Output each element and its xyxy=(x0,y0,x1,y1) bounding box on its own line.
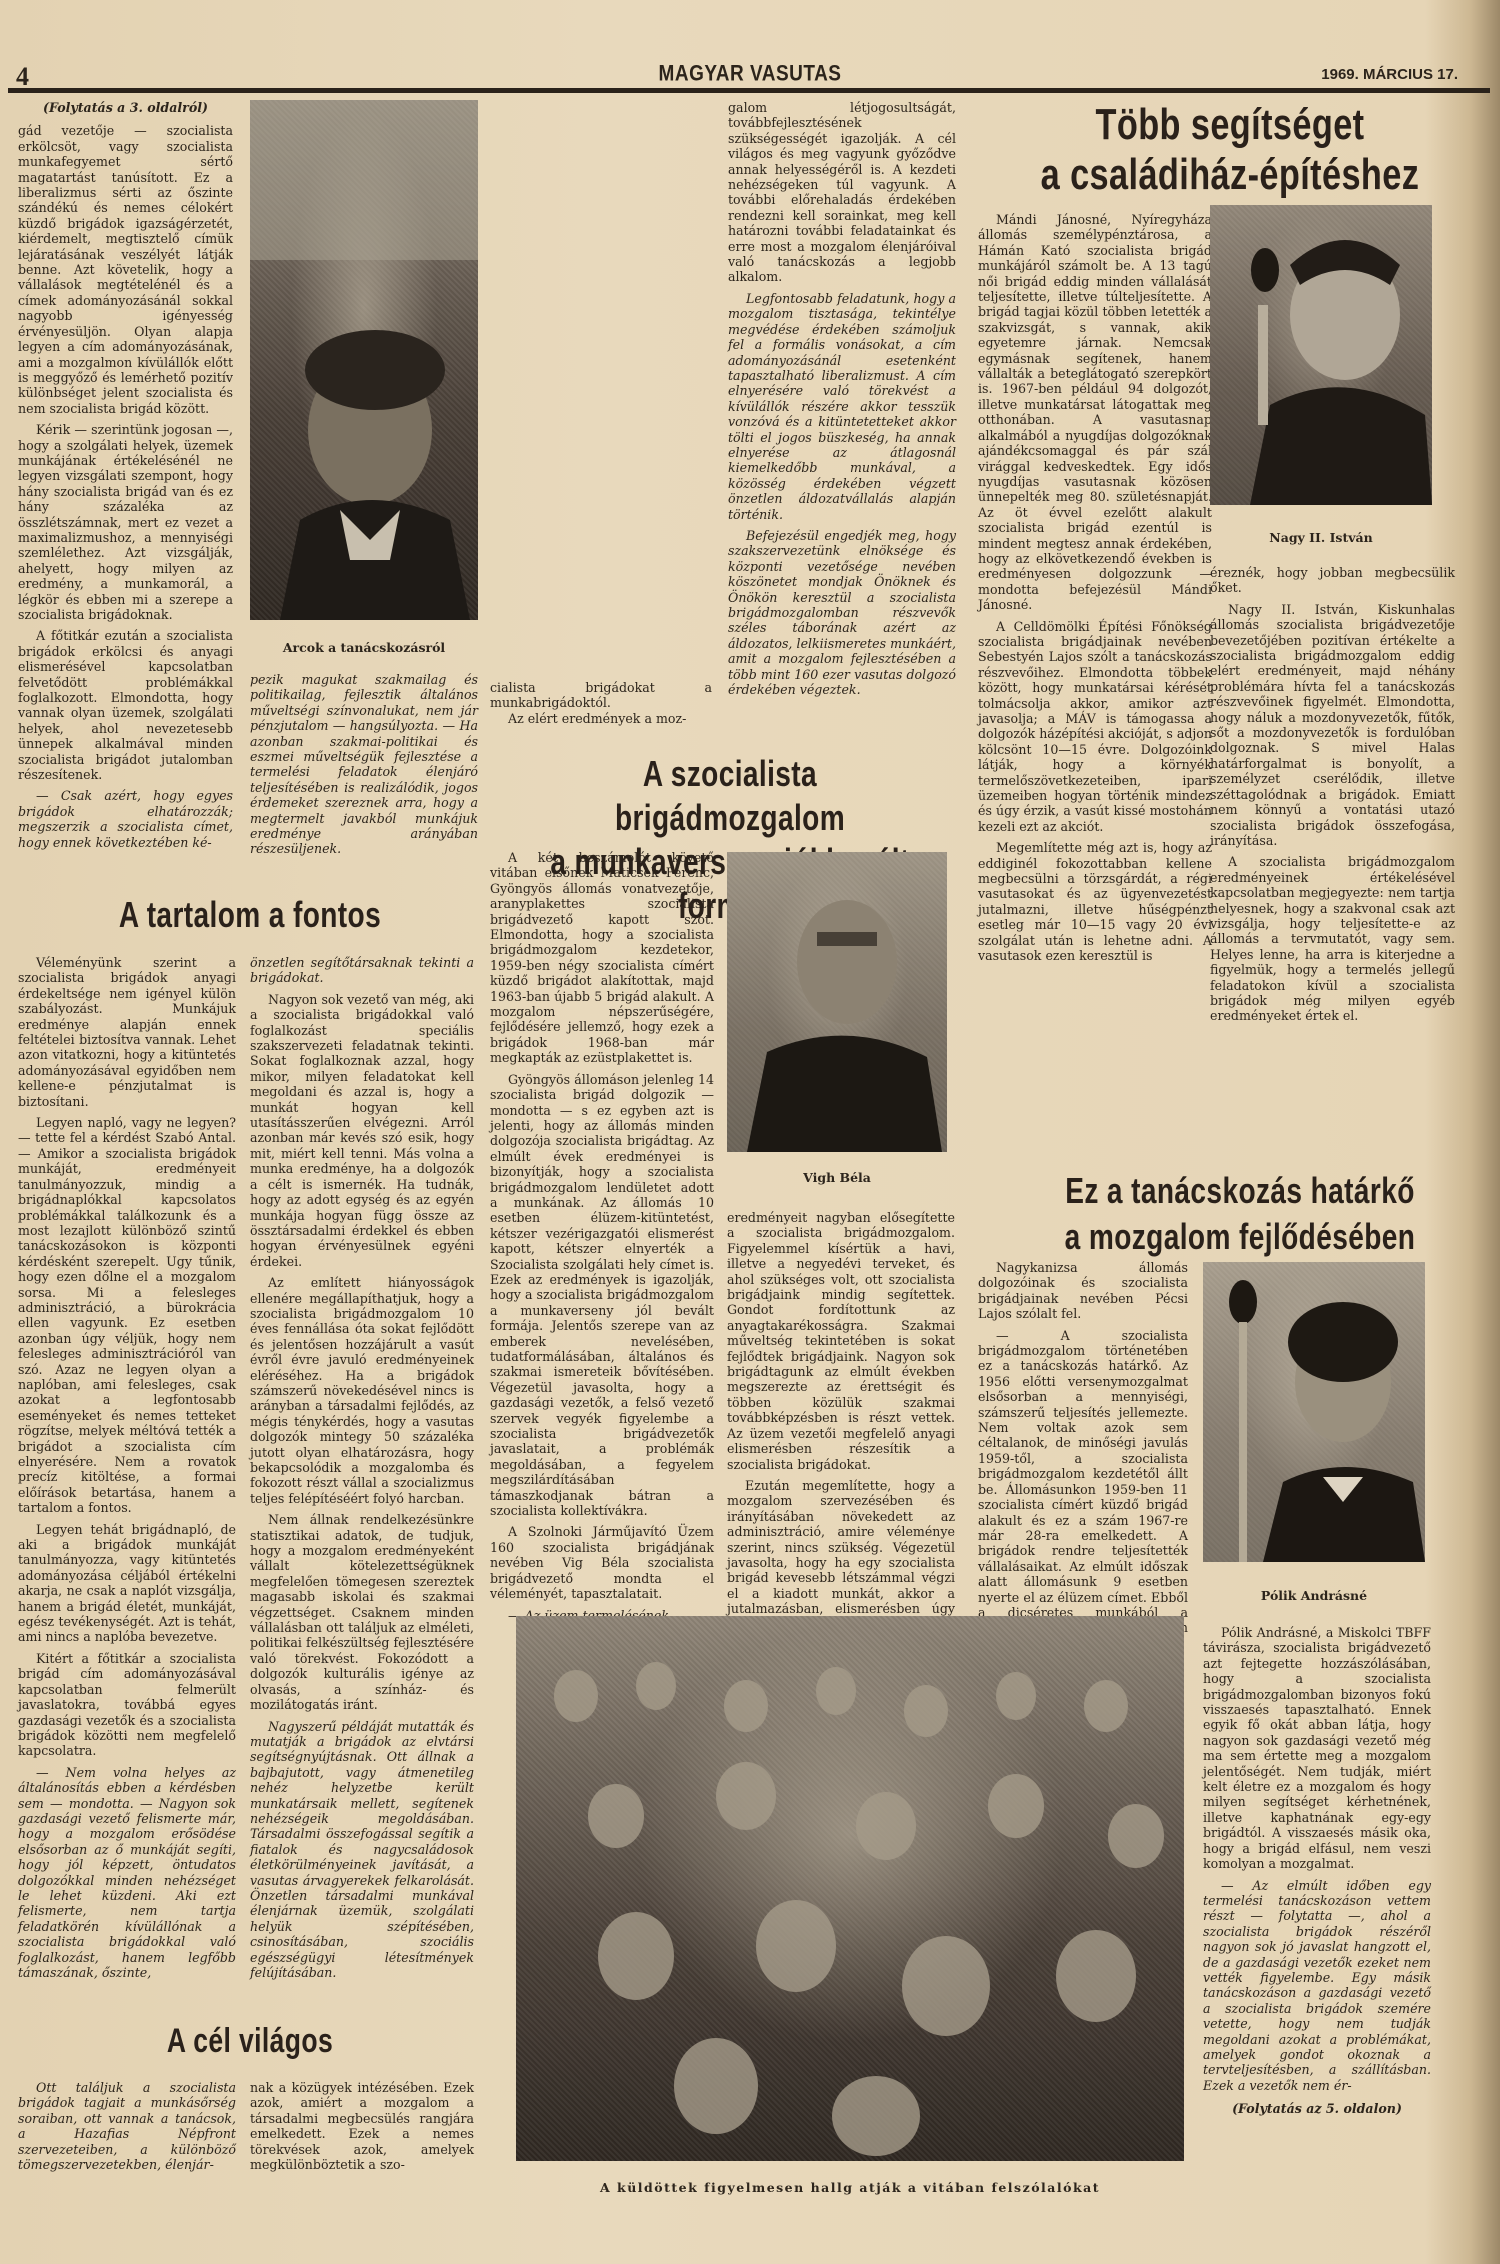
paragraph: Nagyszerű példáját mutatták és mutatják … xyxy=(250,1719,474,1981)
article-tartalom-colB: önzetlen segítőtársaknak tekinti a brigá… xyxy=(250,955,474,1986)
portrait-woman-icon xyxy=(250,100,478,620)
paragraph: Megemlítette még azt is, hogy az eddigin… xyxy=(978,840,1212,963)
paragraph: eredményeit nagyban elősegítette a szoci… xyxy=(727,1210,955,1472)
article-main-col2: pezik magukat szakmailag és politikailag… xyxy=(250,672,478,863)
paragraph: Gyöngyös állomáson jelenleg 14 szocialis… xyxy=(490,1072,714,1519)
paragraph: Legfontosabb feladatunk, hogy a mozgalom… xyxy=(728,291,956,522)
photo-faces xyxy=(250,100,478,620)
photo-nagy-istvan xyxy=(1210,205,1432,505)
headline-csaladi: Több segítséget a családiház-építéshez xyxy=(1019,100,1440,200)
photo-caption: Vigh Béla xyxy=(727,1170,947,1185)
paragraph: Kérik — szerintünk jogosan —, hogy a szo… xyxy=(18,422,233,622)
masthead-rule xyxy=(8,88,1490,93)
photo-delegates-crowd xyxy=(516,1616,1184,2161)
article-cel-colA: Ott találjuk a szocialista brigádok tagj… xyxy=(18,2080,236,2178)
paragraph: A szocialista brigádmozgalom eredményein… xyxy=(1210,854,1455,1023)
paragraph: Legyen tehát brigádnapló, de aki a brigá… xyxy=(18,1522,236,1645)
crowd-of-people-icon xyxy=(516,1616,1184,2161)
newspaper-title: MAGYAR VASUTAS xyxy=(0,62,1500,87)
paragraph: — Az elmúlt időben egy termelési tanácsk… xyxy=(1203,1878,1431,2094)
article-csaladi-col2: éreznék, hogy jobban megbecsülik őket. N… xyxy=(1210,565,1455,1030)
photo-vigh-bela xyxy=(727,852,947,1152)
article-main-col1: (Folytatás a 3. oldalról) gád vezetője —… xyxy=(18,100,233,856)
continued-to: (Folytatás az 5. oldalon) xyxy=(1203,2101,1431,2116)
paragraph: éreznék, hogy jobban megbecsülik őket. xyxy=(1210,565,1455,596)
paragraph: Az elért eredmények a moz- xyxy=(490,711,712,726)
paragraph: — A szocialista brigádmozgalom történeté… xyxy=(978,1328,1188,1652)
article-main-col3: cialista brigádokat a munkabrigádoktól. … xyxy=(490,680,712,732)
article-tartalom-colA: Véleményünk szerint a szocialista brigád… xyxy=(18,955,236,1986)
paragraph: cialista brigádokat a munkabrigádoktól. xyxy=(490,680,712,711)
photo-caption: Nagy II. István xyxy=(1210,530,1432,545)
paragraph: A Szolnoki Járműjavító Üzem 160 szociali… xyxy=(490,1524,714,1601)
paragraph: gád vezetője — szocialista erkölcsöt, va… xyxy=(18,123,233,416)
paragraph: Befejezésül engedjék meg, hogy szakszerv… xyxy=(728,528,956,697)
paragraph: Mándi Jánosné, Nyíregyháza állomás szemé… xyxy=(978,212,1212,613)
paragraph: A két beszámolót követő vitában elsőnek … xyxy=(490,850,714,1066)
headline-tartalom: A tartalom a fontos xyxy=(71,895,430,935)
portrait-woman-microphone-icon xyxy=(1203,1262,1425,1562)
portrait-man-microphone-icon xyxy=(1210,205,1432,505)
article-brigad-col1: A két beszámolót követő vitában elsőnek … xyxy=(490,850,714,1629)
photo-caption: Pólik Andrásné xyxy=(1203,1588,1425,1603)
paragraph: Kitért a főtitkár a szocialista brigád c… xyxy=(18,1651,236,1759)
paragraph: Nagy II. István, Kiskunhalas állomás szo… xyxy=(1210,602,1455,849)
headline-line: Több segítséget xyxy=(1019,100,1440,150)
paragraph: pezik magukat szakmailag és politikailag… xyxy=(250,672,478,857)
paragraph: A Celldömölki Építési Főnökség szocialis… xyxy=(978,619,1212,835)
paragraph: Ott találjuk a szocialista brigádok tagj… xyxy=(18,2080,236,2172)
photo-caption: Arcok a tanácskozásról xyxy=(250,640,478,655)
photo-polik-andrasne xyxy=(1203,1262,1425,1562)
paragraph: Véleményünk szerint a szocialista brigád… xyxy=(18,955,236,1109)
headline-cel: A cél világos xyxy=(71,2022,430,2060)
article-hatarko-col2: Pólik Andrásné, a Miskolci TBFF távirász… xyxy=(1203,1625,1431,2123)
headline-line: a mozgalom fejlődésében xyxy=(1037,1214,1443,1260)
paragraph: Nagykanizsa állomás dolgozóinak és szoci… xyxy=(978,1260,1188,1322)
paragraph: Nagyon sok vezető van még, aki a szocial… xyxy=(250,992,474,1269)
paragraph: galom létjogosultságát, továbbfejlesztés… xyxy=(728,100,956,285)
paragraph: — Csak azért, hogy egyes brigádok elhatá… xyxy=(18,788,233,850)
article-csaladi-col1: Mándi Jánosné, Nyíregyháza állomás szemé… xyxy=(978,212,1212,970)
headline-line: A szocialista brigádmozgalom xyxy=(543,752,917,840)
photo-caption: A küldöttek figyelmesen hallg atják a vi… xyxy=(516,2180,1184,2195)
article-main-col4: galom létjogosultságát, továbbfejlesztés… xyxy=(728,100,956,703)
headline-hatarko: Ez a tanácskozás határkő a mozgalom fejl… xyxy=(1037,1168,1443,1260)
newspaper-page: 4 MAGYAR VASUTAS 1969. MÁRCIUS 17. (Foly… xyxy=(0,0,1500,2264)
portrait-man-icon xyxy=(727,852,947,1152)
paragraph: önzetlen segítőtársaknak tekinti a brigá… xyxy=(250,955,474,986)
article-hatarko-col1: Nagykanizsa állomás dolgozóinak és szoci… xyxy=(978,1260,1188,1657)
paragraph: Az említett hiányosságok ellenére megáll… xyxy=(250,1275,474,1506)
continued-from: (Folytatás a 3. oldalról) xyxy=(18,100,233,115)
paragraph: — Nem volna helyes az általánosítás ebbe… xyxy=(18,1765,236,1981)
paragraph: Pólik Andrásné, a Miskolci TBFF távirász… xyxy=(1203,1625,1431,1872)
article-brigad-col2: eredményeit nagyban elősegítette a szoci… xyxy=(727,1210,955,1653)
article-cel-colB: nak a közügyek intézésében. Ezek azok, a… xyxy=(250,2080,474,2178)
paragraph: Legyen napló, vagy ne legyen? — tette fe… xyxy=(18,1115,236,1516)
paragraph: Nem állnak rendelkezésünkre statisztikai… xyxy=(250,1512,474,1712)
headline-line: a családiház-építéshez xyxy=(1019,150,1440,200)
headline-line: Ez a tanácskozás határkő xyxy=(1037,1168,1443,1214)
issue-date: 1969. MÁRCIUS 17. xyxy=(1321,66,1458,83)
paragraph: nak a közügyek intézésében. Ezek azok, a… xyxy=(250,2080,474,2172)
paragraph: A főtitkár ezután a szocialista brigádok… xyxy=(18,628,233,782)
